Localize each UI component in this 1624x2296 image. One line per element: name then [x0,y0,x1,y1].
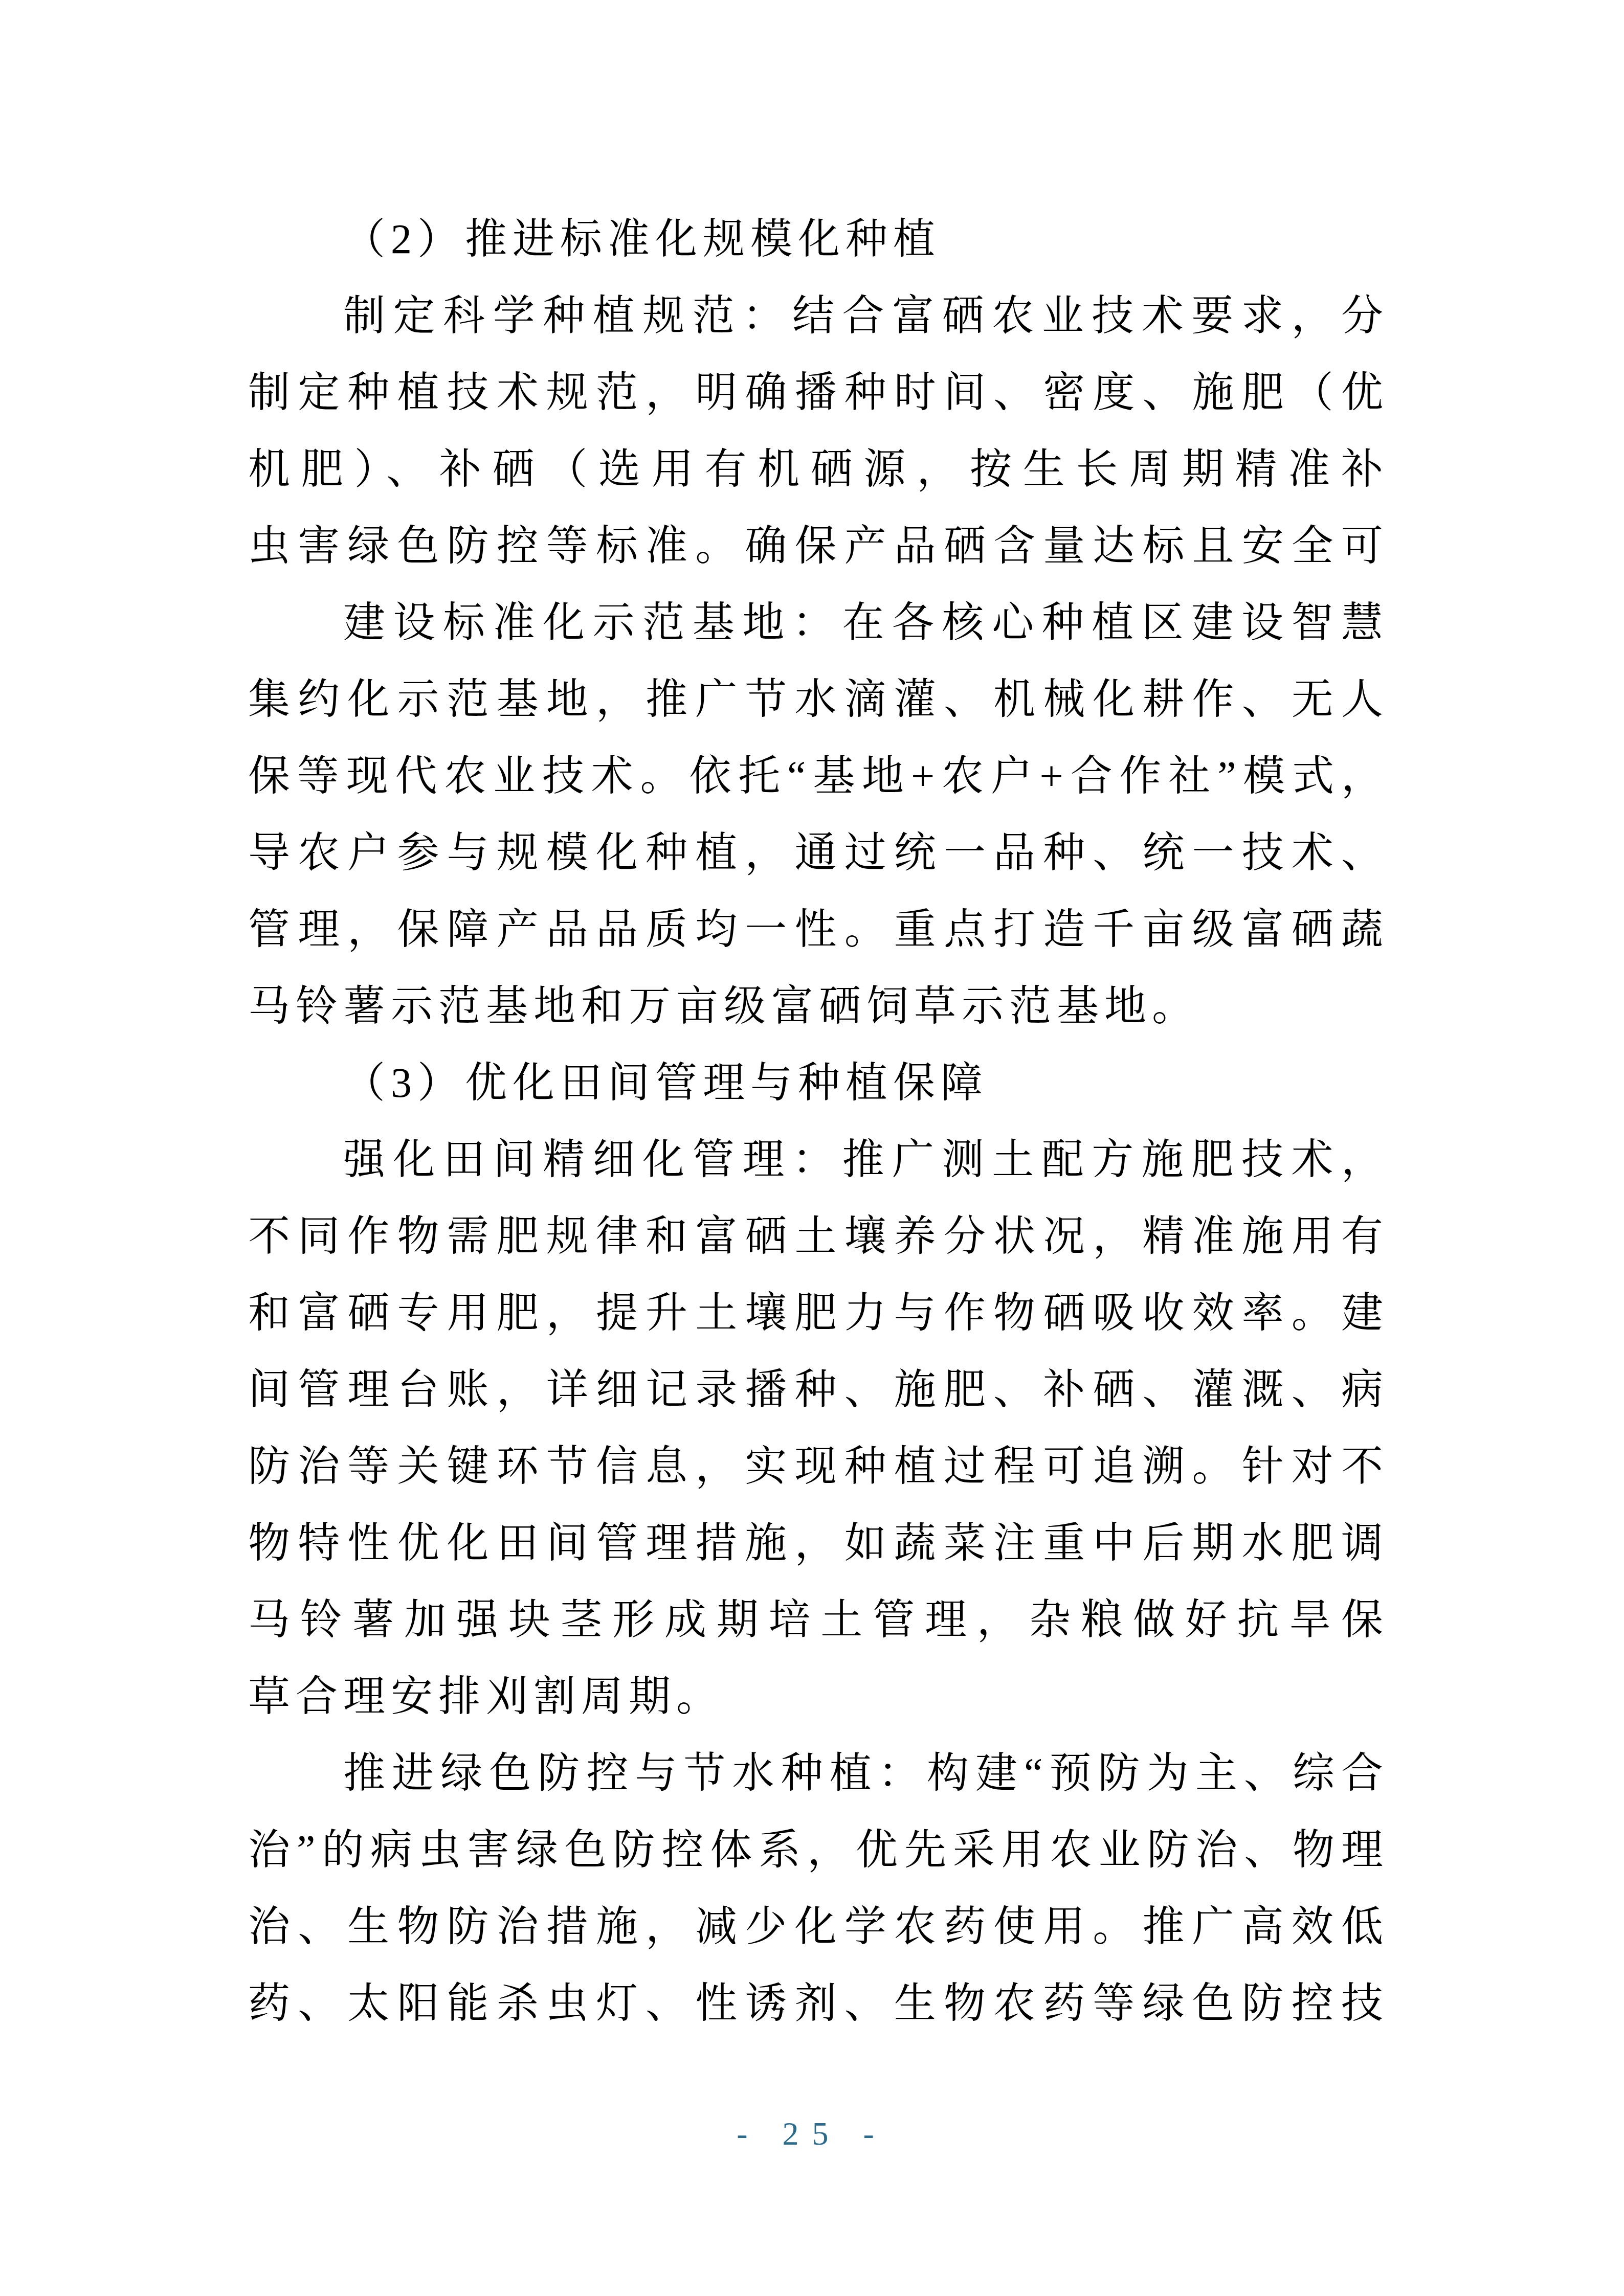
section-heading-2: （2）推进标准化规模化种植 [248,201,1389,278]
paragraph-line: 治”的病虫害绿色防控体系，优先采用农业防治、物理防 [248,1812,1389,1888]
paragraph-line: 不同作物需肥规律和富硒土壤养分状况，精准施用有机肥 [248,1198,1389,1275]
paragraph-line: 导农户参与规模化种植，通过统一品种、统一技术、统一 [248,815,1389,891]
paragraph-line: 药、太阳能杀虫灯、性诱剂、生物农药等绿色防控技术， [248,1965,1389,2042]
paragraph-line: 防治等关键环节信息，实现种植过程可追溯。针对不同作 [248,1428,1389,1505]
paragraph-line: 间管理台账，详细记录播种、施肥、补硒、灌溉、病虫害 [248,1352,1389,1428]
paragraph-line: 物特性优化田间管理措施，如蔬菜注重中后期水肥调控， [248,1505,1389,1582]
paragraph-line: 制定种植技术规范，明确播种时间、密度、施肥（优先有 [248,354,1389,431]
paragraph-line: 推进绿色防控与节水种植：构建“预防为主、综合防 [248,1735,1389,1812]
body-text: （2）推进标准化规模化种植 制定科学种植规范：结合富硒农业技术要求，分作物 制定… [248,201,1389,2042]
paragraph-line: 制定科学种植规范：结合富硒农业技术要求，分作物 [248,278,1389,354]
paragraph-line: 马铃薯加强块茎形成期培土管理，杂粮做好抗旱保墒，饲 [248,1582,1389,1658]
section-heading-3: （3）优化田间管理与种植保障 [248,1045,1389,1121]
paragraph-line: 集约化示范基地，推广节水滴灌、机械化耕作、无人机植 [248,661,1389,738]
paragraph-line: 和富硒专用肥，提升土壤肥力与作物硒吸收效率。建立田 [248,1275,1389,1352]
paragraph-line: 机肥）、补硒（选用有机硒源，按生长周期精准补硒）、病 [248,431,1389,508]
paragraph-line: 治、生物防治措施，减少化学农药使用。推广高效低毒农 [248,1888,1389,1965]
paragraph-line: 保等现代农业技术。依托“基地+农户+合作社”模式，引 [248,738,1389,815]
page-footer: - 25 - [0,2106,1624,2162]
paragraph-line: 强化田间精细化管理：推广测土配方施肥技术，根据 [248,1121,1389,1198]
paragraph-line: 虫害绿色防控等标准。确保产品硒含量达标且安全可控。 [248,508,1389,584]
paragraph-line: 马铃薯示范基地和万亩级富硒饲草示范基地。 [248,968,1389,1045]
paragraph-line: 草合理安排刈割周期。 [248,1658,1389,1735]
paragraph-line: 管理，保障产品品质均一性。重点打造千亩级富硒蔬菜、 [248,891,1389,968]
document-page: （2）推进标准化规模化种植 制定科学种植规范：结合富硒农业技术要求，分作物 制定… [0,0,1624,2296]
paragraph-line: 建设标准化示范基地：在各核心种植区建设智慧化、 [248,584,1389,661]
page-number: - 25 - [737,2115,887,2152]
